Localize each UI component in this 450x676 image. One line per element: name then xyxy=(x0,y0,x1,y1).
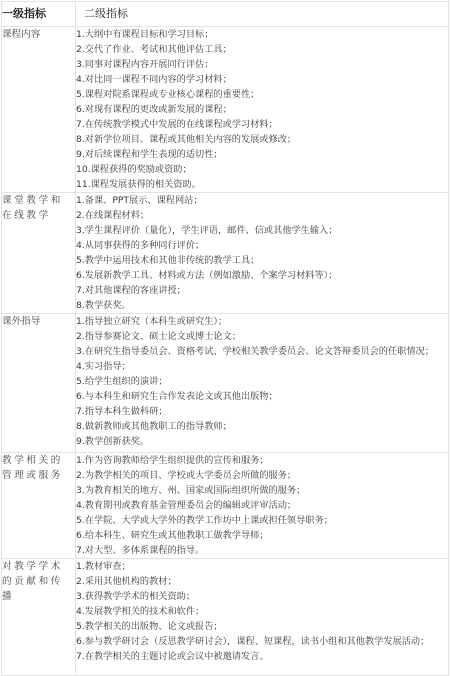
list-item: 11.课程发展获得的相关资助。 xyxy=(76,177,448,192)
category-cell: 课堂教学和在线教学 xyxy=(2,193,76,314)
table-row: 课程内容 1.大纲中有课程目标和学习目标； 2.交代了作业、考试和其他评估工具；… xyxy=(2,27,449,193)
list-item: 2.采用其他机构的教材； xyxy=(76,574,448,589)
table-row: 教学相关的管理或服务 1.作为咨询教师给学生组织提供的宣传和服务； 2.为教学相… xyxy=(2,453,449,559)
list-item: 3.同事对课程内容开展同行评估； xyxy=(76,57,448,72)
list-item: 2.为教学相关的项目、学校或大学委员会所做的服务； xyxy=(76,468,448,483)
list-item: 4.发展教学相关的技术和软件； xyxy=(76,604,448,619)
list-item: 9.教学创新获奖。 xyxy=(76,434,448,449)
list-item: 2.在线课程材料； xyxy=(76,208,448,223)
header-level2: 二级指标 xyxy=(76,2,449,27)
list-item: 2.指导参赛论文、硕士论文或博士论文； xyxy=(76,329,448,344)
list-item: 8.对新学位项目、课程或其他相关内容的发展或修改； xyxy=(76,132,448,147)
items-cell: 1.大纲中有课程目标和学习目标； 2.交代了作业、考试和其他评估工具； 3.同事… xyxy=(76,27,449,193)
list-item: 6.参与教学研讨会（反思教学研讨会），课程、短课程，读书小组和其他教学发展活动； xyxy=(76,634,448,648)
list-item: 5.课程对院系课程或专业核心课程的重要性； xyxy=(76,87,448,102)
list-item: 3.获得教学学术的相关资助； xyxy=(76,589,448,604)
list-item: 5.在学院、大学或大学外的教学工作坊中上课或担任领导职务； xyxy=(76,513,448,528)
list-item: 5.教学相关的出版物、论文或报告； xyxy=(76,619,448,634)
list-item: 1.作为咨询教师给学生组织提供的宣传和服务； xyxy=(76,453,448,468)
list-item: 3.学生课程评价（量化），学生评语，邮件、信或其他学生输入； xyxy=(76,223,448,238)
evaluation-criteria-table: 一级指标 二级指标 课程内容 1.大纲中有课程目标和学习目标； 2.交代了作业、… xyxy=(1,1,449,648)
list-item: 5.教学中运用技术和其他非传统的教学工具； xyxy=(76,253,448,268)
list-item: 7.在传统教学模式中发展的在线课程或学习材料； xyxy=(76,117,448,132)
list-item: 2.交代了作业、考试和其他评估工具； xyxy=(76,42,448,57)
list-item: 1.教材审查； xyxy=(76,559,448,574)
list-item: 4.实习指导； xyxy=(76,359,448,374)
list-item: 6.发展新教学工具、材料或方法（例如激励、个案学习材料等）； xyxy=(76,268,448,283)
category-cell: 教学相关的管理或服务 xyxy=(2,453,76,559)
list-item: 5.给学生组织的演讲； xyxy=(76,374,448,389)
list-item: 3.为教育相关的地方、州、国家或国际组织所做的服务； xyxy=(76,483,448,498)
list-item: 6.与本科生和研究生合作发表论文或其他出版物； xyxy=(76,389,448,404)
list-item: 6.给本科生、研究生或其他教职工做教学导师； xyxy=(76,528,448,543)
table-header-row: 一级指标 二级指标 xyxy=(2,2,449,27)
list-item: 6.对现有课程的更改或新发展的课程； xyxy=(76,102,448,117)
list-item: 1.备课、PPT展示、课程网站； xyxy=(76,193,448,208)
table-row: 课外指导 1.指导独立研究（本科生或研究生）； 2.指导参赛论文、硕士论文或博士… xyxy=(2,314,449,453)
table-row: 课堂教学和在线教学 1.备课、PPT展示、课程网站； 2.在线课程材料； 3.学… xyxy=(2,193,449,314)
table-row: 对教学学术的贡献和传播 1.教材审查； 2.采用其他机构的教材； 3.获得教学学… xyxy=(2,559,449,649)
list-item: 1.大纲中有课程目标和学习目标； xyxy=(76,27,448,42)
list-item: 1.指导独立研究（本科生或研究生）； xyxy=(76,314,448,329)
list-item: 8.做新教师或其他教职工的指导教师； xyxy=(76,419,448,434)
list-item: 8.教学获奖。 xyxy=(76,298,448,313)
items-cell: 1.教材审查； 2.采用其他机构的教材； 3.获得教学学术的相关资助； 4.发展… xyxy=(76,559,449,649)
list-item: 7.对其他课程的客座讲授； xyxy=(76,283,448,298)
list-item: 4.对比同一课程不同内容的学习材料； xyxy=(76,72,448,87)
list-item: 9.对后续课程和学生表现的适切性； xyxy=(76,147,448,162)
category-cell: 课外指导 xyxy=(2,314,76,453)
list-item: 10.课程获得的奖励或资助； xyxy=(76,162,448,177)
list-item: 3.在研究生指导委员会、资格考试、学校相关教学委员会、论文答辩委员会的任职情况； xyxy=(76,344,448,359)
category-cell: 课程内容 xyxy=(2,27,76,193)
items-cell: 1.备课、PPT展示、课程网站； 2.在线课程材料； 3.学生课程评价（量化），… xyxy=(76,193,449,314)
header-level1: 一级指标 xyxy=(2,2,76,27)
list-item: 4.从同事获得的多种同行评价； xyxy=(76,238,448,253)
items-cell: 1.指导独立研究（本科生或研究生）； 2.指导参赛论文、硕士论文或博士论文； 3… xyxy=(76,314,449,453)
list-item: 7.指导本科生做科研； xyxy=(76,404,448,419)
list-item: 4.教育期刊或教育基金管理委员会的编辑或评审活动； xyxy=(76,498,448,513)
category-cell: 对教学学术的贡献和传播 xyxy=(2,559,76,649)
list-item: 7.对大型、多体系课程的指导。 xyxy=(76,543,448,558)
items-cell: 1.作为咨询教师给学生组织提供的宣传和服务； 2.为教学相关的项目、学校或大学委… xyxy=(76,453,449,559)
